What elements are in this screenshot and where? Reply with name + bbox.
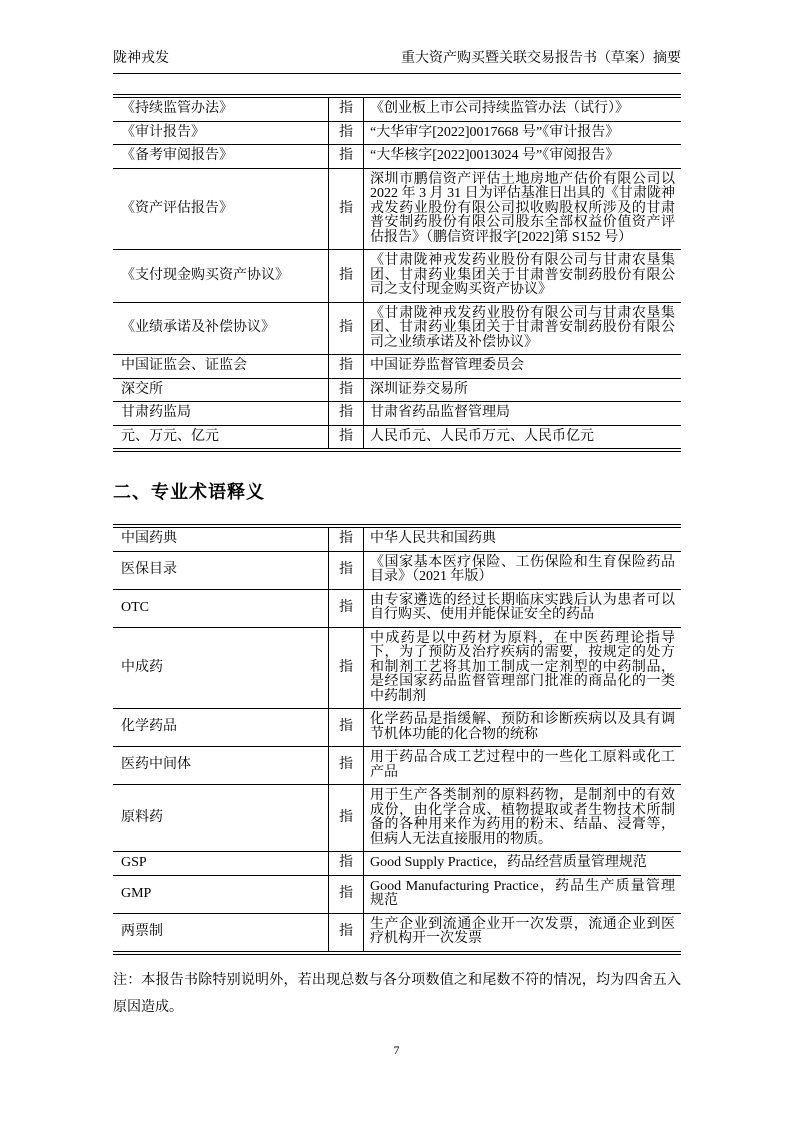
term-cell: 化学药品 [113,709,328,746]
definition-row: 医保目录指《国家基本医疗保险、工伤保险和生育保险药品目录》（2021 年版） [113,552,681,590]
indicator-cell: 指 [328,528,364,551]
page-header: 陇神戎发 重大资产购买暨关联交易报告书（草案）摘要 [113,50,681,74]
term-cell: 深交所 [113,379,328,402]
definition-cell: Good Manufacturing Practice，药品生产质量管理规范 [364,876,681,913]
indicator-cell: 指 [328,250,364,302]
term-cell: 中成药 [113,628,328,709]
indicator-cell: 指 [328,709,364,746]
definition-row: 深交所指深圳证券交易所 [113,379,681,403]
indicator-cell: 指 [328,426,364,449]
footnote: 注：本报告书除特别说明外，若出现总数与各分项数值之和尾数不符的情况，均为四舍五入… [113,967,681,1021]
definition-row: 《支付现金购买资产协议》指《甘肃陇神戎发药业股份有限公司与甘肃农垦集团、甘肃药业… [113,250,681,303]
indicator-cell: 指 [328,852,364,875]
term-cell: 中国证监会、证监会 [113,355,328,378]
term-cell: 医保目录 [113,552,328,589]
indicator-cell: 指 [328,876,364,913]
header-doc-title: 重大资产购买暨关联交易报告书（草案）摘要 [401,50,681,68]
definition-row: 《业绩承诺及补偿协议》指《甘肃陇神戎发药业股份有限公司与甘肃农垦集团、甘肃药业集… [113,303,681,356]
definition-cell: 用于生产各类制剂的原料药物，是制剂中的有效成份，由化学合成、植物提取或者生物技术… [364,785,681,851]
indicator-cell: 指 [328,552,364,589]
definition-cell: 深圳市鹏信资产评估土地房地产估价有限公司以 2022 年 3 月 31 日为评估… [364,169,681,250]
indicator-cell: 指 [328,590,364,627]
indicator-cell: 指 [328,355,364,378]
term-cell: 《资产评估报告》 [113,169,328,250]
term-cell: 甘肃药监局 [113,402,328,425]
term-cell: 《持续监管办法》 [113,98,328,121]
definition-cell: 中国证券监督管理委员会 [364,355,681,378]
definition-row: 《备考审阅报告》指“大华核字[2022]0013024 号”《审阅报告》 [113,145,681,169]
terminology-table: 中国药典指中华人民共和国药典医保目录指《国家基本医疗保险、工伤保险和生育保险药品… [113,524,681,955]
indicator-cell: 指 [328,303,364,355]
definition-row: 中成药指中成药是以中药材为原料，在中医药理论指导下，为了预防及治疗疾病的需要，按… [113,628,681,710]
definition-cell: 生产企业到流通企业开一次发票，流通企业到医疗机构开一次发票 [364,914,681,951]
term-cell: 原料药 [113,785,328,851]
definition-cell: 中成药是以中药材为原料，在中医药理论指导下，为了预防及治疗疾病的需要，按规定的处… [364,628,681,709]
definition-row: GSP指Good Supply Practice，药品经营质量管理规范 [113,852,681,876]
definition-row: 《持续监管办法》指《创业板上市公司持续监管办法（试行）》 [113,98,681,122]
indicator-cell: 指 [328,914,364,951]
definition-row: 中国药典指中华人民共和国药典 [113,528,681,552]
term-cell: 《备考审阅报告》 [113,145,328,168]
definitions-table: 《持续监管办法》指《创业板上市公司持续监管办法（试行）》《审计报告》指“大华审字… [113,94,681,452]
definition-cell: 人民币元、人民币万元、人民币亿元 [364,426,681,449]
indicator-cell: 指 [328,785,364,851]
definition-row: OTC指由专家遴选的经过长期临床实践后认为患者可以自行购买、使用并能保证安全的药… [113,590,681,628]
term-cell: GSP [113,852,328,875]
definition-cell: 用于药品合成工艺过程中的一些化工原料或化工产品 [364,747,681,784]
term-cell: 两票制 [113,914,328,951]
definition-row: 化学药品指化学药品是指缓解、预防和诊断疾病以及具有调节机体功能的化合物的统称 [113,709,681,747]
definition-cell: Good Supply Practice，药品经营质量管理规范 [364,852,681,875]
term-cell: GMP [113,876,328,913]
definition-row: 医药中间体指用于药品合成工艺过程中的一些化工原料或化工产品 [113,747,681,785]
indicator-cell: 指 [328,169,364,250]
indicator-cell: 指 [328,145,364,168]
section-heading: 二、专业术语释义 [113,478,681,504]
header-company: 陇神戎发 [113,50,169,68]
definition-row: 原料药指用于生产各类制剂的原料药物，是制剂中的有效成份，由化学合成、植物提取或者… [113,785,681,852]
definition-row: 《审计报告》指“大华审字[2022]0017668 号”《审计报告》 [113,122,681,146]
definition-cell: 甘肃省药品监督管理局 [364,402,681,425]
indicator-cell: 指 [328,402,364,425]
definition-cell: 《国家基本医疗保险、工伤保险和生育保险药品目录》（2021 年版） [364,552,681,589]
term-cell: 《审计报告》 [113,122,328,145]
definition-cell: 深圳证券交易所 [364,379,681,402]
definition-row: 两票制指生产企业到流通企业开一次发票，流通企业到医疗机构开一次发票 [113,914,681,951]
definition-row: 元、万元、亿元指人民币元、人民币万元、人民币亿元 [113,426,681,449]
definition-cell: “大华核字[2022]0013024 号”《审阅报告》 [364,145,681,168]
indicator-cell: 指 [328,628,364,709]
indicator-cell: 指 [328,98,364,121]
definition-cell: 《甘肃陇神戎发药业股份有限公司与甘肃农垦集团、甘肃药业集团关于甘肃普安制药股份有… [364,250,681,302]
definition-cell: 中华人民共和国药典 [364,528,681,551]
term-cell: OTC [113,590,328,627]
definition-row: 中国证监会、证监会指中国证券监督管理委员会 [113,355,681,379]
term-cell: 中国药典 [113,528,328,551]
definition-cell: 《创业板上市公司持续监管办法（试行）》 [364,98,681,121]
term-cell: 《业绩承诺及补偿协议》 [113,303,328,355]
term-cell: 元、万元、亿元 [113,426,328,449]
definition-cell: 《甘肃陇神戎发药业股份有限公司与甘肃农垦集团、甘肃药业集团关于甘肃普安制药股份有… [364,303,681,355]
report-page: 陇神戎发 重大资产购买暨关联交易报告书（草案）摘要 《持续监管办法》指《创业板上… [0,0,793,1122]
term-cell: 《支付现金购买资产协议》 [113,250,328,302]
page-number: 7 [0,1043,793,1058]
term-cell: 医药中间体 [113,747,328,784]
indicator-cell: 指 [328,122,364,145]
definition-cell: 化学药品是指缓解、预防和诊断疾病以及具有调节机体功能的化合物的统称 [364,709,681,746]
definition-cell: “大华审字[2022]0017668 号”《审计报告》 [364,122,681,145]
definition-cell: 由专家遴选的经过长期临床实践后认为患者可以自行购买、使用并能保证安全的药品 [364,590,681,627]
definition-row: 《资产评估报告》指深圳市鹏信资产评估土地房地产估价有限公司以 2022 年 3 … [113,169,681,251]
definition-row: GMP指Good Manufacturing Practice，药品生产质量管理… [113,876,681,914]
indicator-cell: 指 [328,379,364,402]
definition-row: 甘肃药监局指甘肃省药品监督管理局 [113,402,681,426]
indicator-cell: 指 [328,747,364,784]
